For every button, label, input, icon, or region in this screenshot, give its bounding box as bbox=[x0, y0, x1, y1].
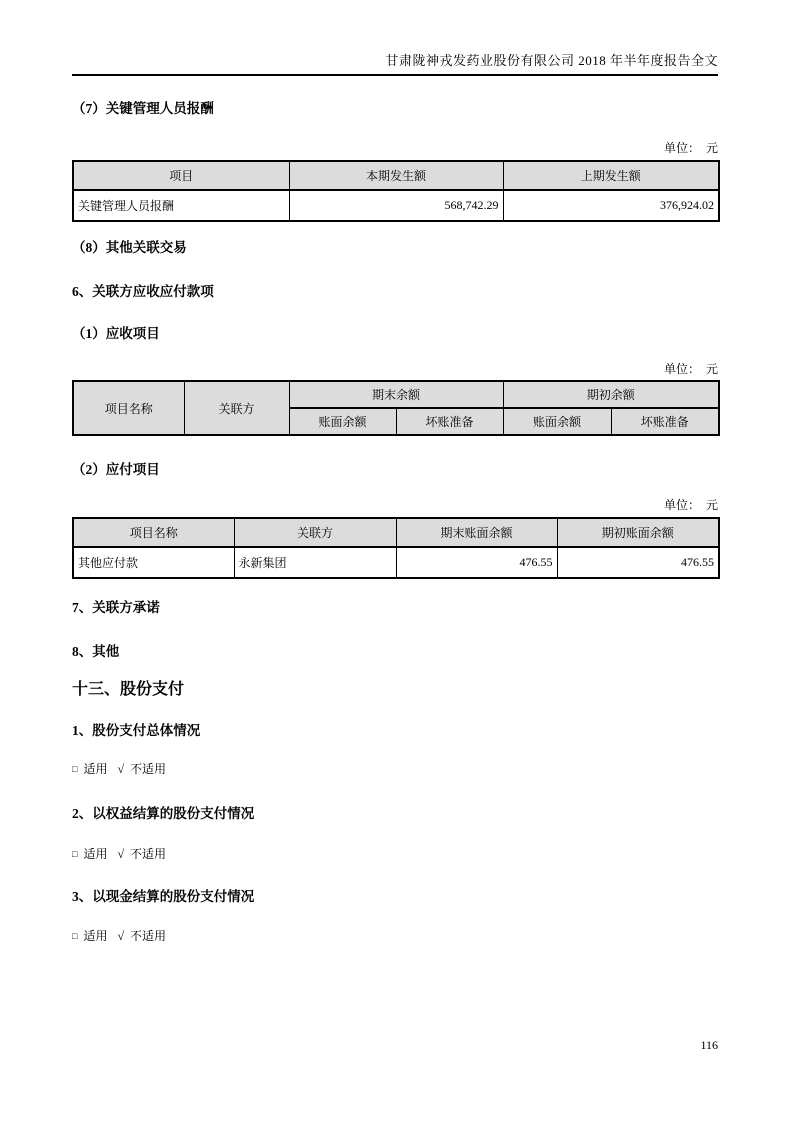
table-row: 关键管理人员报酬 568,742.29 376,924.02 bbox=[73, 190, 719, 221]
cell-ending-balance: 476.55 bbox=[396, 547, 557, 578]
column-header-item-name: 项目名称 bbox=[73, 518, 234, 547]
cell-related-party: 永新集团 bbox=[234, 547, 396, 578]
heading-share-payment-overview: 1、股份支付总体情况 bbox=[72, 719, 200, 739]
column-header-current-period: 本期发生额 bbox=[289, 161, 503, 190]
column-header-item: 项目 bbox=[73, 161, 289, 190]
applicability-line-3: □适用√不适用 bbox=[72, 927, 166, 944]
check-icon: √ bbox=[117, 762, 124, 776]
key-management-compensation-table: 项目 本期发生额 上期发生额 关键管理人员报酬 568,742.29 376,9… bbox=[72, 160, 720, 222]
column-group-ending-balance: 期末余额 bbox=[289, 381, 503, 408]
cell-beginning-balance: 476.55 bbox=[557, 547, 719, 578]
heading-equity-settled: 2、以权益结算的股份支付情况 bbox=[72, 802, 254, 822]
column-header-item-name: 项目名称 bbox=[73, 381, 184, 435]
page-number: 116 bbox=[700, 1038, 718, 1053]
not-applicable-label: 不适用 bbox=[130, 762, 166, 776]
table-header-row: 项目 本期发生额 上期发生额 bbox=[73, 161, 719, 190]
subcolumn-book-balance-beginning: 账面余额 bbox=[503, 408, 611, 435]
checkbox-icon: □ bbox=[72, 931, 77, 941]
heading-related-receivables-payables: 6、关联方应收应付款项 bbox=[72, 280, 214, 300]
report-page: 甘肃陇神戎发药业股份有限公司 2018 年半年度报告全文 （7）关键管理人员报酬… bbox=[0, 0, 793, 1122]
receivables-table: 项目名称 关联方 期末余额 期初余额 账面余额 坏账准备 账面余额 坏账准备 bbox=[72, 380, 720, 436]
unit-label-2: 单位： 元 bbox=[72, 360, 718, 377]
column-header-related-party: 关联方 bbox=[184, 381, 289, 435]
applicability-line-2: □适用√不适用 bbox=[72, 845, 166, 862]
subcolumn-book-balance-ending: 账面余额 bbox=[289, 408, 396, 435]
heading-payables: （2）应付项目 bbox=[72, 458, 160, 478]
column-group-beginning-balance: 期初余额 bbox=[503, 381, 719, 408]
applicable-label: 适用 bbox=[83, 929, 107, 943]
applicable-label: 适用 bbox=[83, 847, 107, 861]
not-applicable-label: 不适用 bbox=[130, 929, 166, 943]
check-icon: √ bbox=[117, 847, 124, 861]
column-header-related-party: 关联方 bbox=[234, 518, 396, 547]
checkbox-icon: □ bbox=[72, 764, 77, 774]
cell-current-amount: 568,742.29 bbox=[289, 190, 503, 221]
check-icon: √ bbox=[117, 929, 124, 943]
heading-other: 8、其他 bbox=[72, 640, 119, 660]
page-content: 甘肃陇神戎发药业股份有限公司 2018 年半年度报告全文 （7）关键管理人员报酬… bbox=[72, 0, 718, 1122]
checkbox-icon: □ bbox=[72, 849, 77, 859]
document-header: 甘肃陇神戎发药业股份有限公司 2018 年半年度报告全文 bbox=[72, 50, 718, 76]
unit-label-1: 单位： 元 bbox=[72, 139, 718, 156]
table-header-row: 项目名称 关联方 期末账面余额 期初账面余额 bbox=[73, 518, 719, 547]
cell-item: 其他应付款 bbox=[73, 547, 234, 578]
not-applicable-label: 不适用 bbox=[130, 847, 166, 861]
heading-other-related-transactions: （8）其他关联交易 bbox=[72, 236, 187, 256]
heading-key-management-compensation: （7）关键管理人员报酬 bbox=[72, 97, 214, 117]
heading-receivables: （1）应收项目 bbox=[72, 322, 160, 342]
unit-label-3: 单位： 元 bbox=[72, 496, 718, 513]
subcolumn-bad-debt-ending: 坏账准备 bbox=[396, 408, 503, 435]
applicability-line-1: □适用√不适用 bbox=[72, 760, 166, 777]
heading-cash-settled: 3、以现金结算的股份支付情况 bbox=[72, 885, 254, 905]
column-header-prior-period: 上期发生额 bbox=[503, 161, 719, 190]
cell-item: 关键管理人员报酬 bbox=[73, 190, 289, 221]
heading-share-payment: 十三、股份支付 bbox=[72, 676, 184, 699]
heading-related-party-commitments: 7、关联方承诺 bbox=[72, 596, 160, 616]
applicable-label: 适用 bbox=[83, 762, 107, 776]
table-header-row-1: 项目名称 关联方 期末余额 期初余额 bbox=[73, 381, 719, 408]
document-title: 甘肃陇神戎发药业股份有限公司 2018 年半年度报告全文 bbox=[385, 53, 718, 68]
column-header-beginning-book-balance: 期初账面余额 bbox=[557, 518, 719, 547]
subcolumn-bad-debt-beginning: 坏账准备 bbox=[611, 408, 719, 435]
column-header-ending-book-balance: 期末账面余额 bbox=[396, 518, 557, 547]
cell-prior-amount: 376,924.02 bbox=[503, 190, 719, 221]
payables-table: 项目名称 关联方 期末账面余额 期初账面余额 其他应付款 永新集团 476.55… bbox=[72, 517, 720, 579]
table-row: 其他应付款 永新集团 476.55 476.55 bbox=[73, 547, 719, 578]
